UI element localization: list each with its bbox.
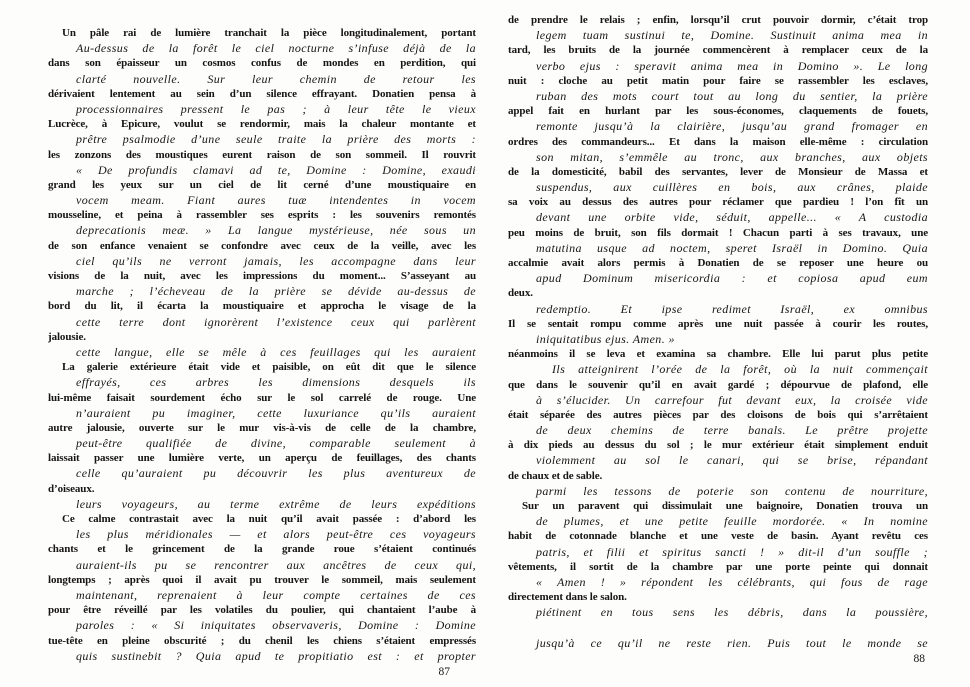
text-line-roman: visions de la nuit, avec les impressions… — [48, 269, 476, 284]
text-line-roman: accalmie avait alors permis à Donatien d… — [508, 256, 928, 271]
text-line-roman: que dans le souvenir qu’il en avait gard… — [508, 378, 928, 393]
text-line-italic: clarté nouvelle. Sur leur chemin de reto… — [48, 72, 476, 87]
text-line-roman: de la domesticité, babil des servantes, … — [508, 165, 928, 180]
page-left-text: Un pâle rai de lumière tranchait la pièc… — [48, 26, 476, 664]
text-line-italic: cette terre dont ignorèrent l’existence … — [48, 315, 476, 330]
text-line-roman: Lucrèce, à Epicure, voulut se rendormir,… — [48, 117, 476, 132]
text-line-roman: dérivaient lentement au sein d’un silenc… — [48, 87, 476, 102]
text-line-italic: paroles : « Si iniquitates observaveris,… — [48, 618, 476, 633]
text-line-italic: à s’élucider. Un carrefour fut devant eu… — [508, 393, 928, 408]
text-line-italic: verbo ejus : speravit anima mea in Domin… — [508, 59, 928, 74]
text-line-italic: n’auraient pu imaginer, cette luxuriance… — [48, 406, 476, 421]
text-line-roman: de son enfance venaient se confondre ave… — [48, 239, 476, 254]
text-line-roman: d’oiseaux. — [48, 482, 476, 497]
page-right: de prendre le relais ; enfin, lorsqu’il … — [508, 0, 928, 667]
text-line-italic: remonte jusqu’à la clairière, jusqu’au g… — [508, 119, 928, 134]
text-line-italic: « Amen ! » répondent les célébrants, qui… — [508, 575, 928, 590]
page-left: Un pâle rai de lumière tranchait la pièc… — [48, 0, 476, 680]
text-line-roman: grand les yeux sur un ciel de lit cerné … — [48, 178, 476, 193]
text-line-italic: de deux chemins de terre banals. Le prêt… — [508, 423, 928, 438]
text-line-italic: Au-dessus de la forêt le ciel nocturne s… — [48, 41, 476, 56]
text-line-roman: à dix pieds au dessus du sol ; le mur ex… — [508, 438, 928, 453]
text-line-roman: de prendre le relais ; enfin, lorsqu’il … — [508, 13, 928, 28]
text-line-roman: laissait passer une lumière verte, un ap… — [48, 451, 476, 466]
text-line-roman: peu moins de bruit, son fils dormait ! C… — [508, 226, 928, 241]
page-number: 87 — [48, 665, 476, 680]
text-line-italic: iniquitatibus ejus. Amen. » — [508, 332, 928, 347]
text-line-roman: appel fait en hurlant par les sous-écono… — [508, 104, 928, 119]
text-line-roman: Ce calme contrastait avec la nuit qu’il … — [48, 512, 476, 527]
text-line-roman: tue-tête en pleine obscurité ; du chenil… — [48, 634, 476, 649]
text-line-roman: directement dans le salon. — [508, 590, 928, 605]
text-line-italic: cette langue, elle se mêle à ces feuilla… — [48, 345, 476, 360]
text-line-italic: violemment au sol le canari, qui se bris… — [508, 453, 928, 468]
text-line-roman: dans son épaisseur un cosmos confus de m… — [48, 56, 476, 71]
text-line-italic: Ils atteignirent l’orée de la forêt, où … — [508, 362, 928, 377]
text-line-italic: legem tuam sustinui te, Domine. Sustinui… — [508, 28, 928, 43]
page-number: 88 — [508, 652, 928, 667]
text-line-roman: Il se sentait rompu comme après une nuit… — [508, 317, 928, 332]
text-line-italic: ruban des mots court tout au long du sen… — [508, 89, 928, 104]
text-line-italic: quis sustinebit ? Quia apud te propitiat… — [48, 649, 476, 664]
text-line-italic: prêtre psalmodie d’une seule traite la p… — [48, 132, 476, 147]
text-line-italic: « De profundis clamavi ad te, Domine : D… — [48, 163, 476, 178]
text-line-italic: matutina usque ad noctem, speret Israël … — [508, 241, 928, 256]
text-line-roman: néanmoins il se leva et examina sa chamb… — [508, 347, 928, 362]
text-line-italic: maintenant, reprenaient à leur compte ce… — [48, 588, 476, 603]
text-line-roman: les zonzons des moustiques eurent raison… — [48, 148, 476, 163]
text-line-roman: habit de cotonnade blanche et une veste … — [508, 529, 928, 544]
text-line-roman: ordres des commandeurs... Et dans la mai… — [508, 135, 928, 150]
text-line-roman: Un pâle rai de lumière tranchait la pièc… — [48, 26, 476, 41]
text-line-roman: tard, les bruits de la journée commencèr… — [508, 43, 928, 58]
text-line-roman: vêtements, il sortit de la chambre par u… — [508, 560, 928, 575]
text-line-italic: peut-être qualifiée de divine, comparabl… — [48, 436, 476, 451]
text-line-italic: deprecationis meæ. » La langue mystérieu… — [48, 223, 476, 238]
text-line-italic: redemptio. Et ipse redimet Israël, ex om… — [508, 302, 928, 317]
text-line-roman: La galerie extérieure était vide et pais… — [48, 360, 476, 375]
text-line-roman: était séparée des autres pièces par des … — [508, 408, 928, 423]
text-line-italic: suspendus, aux cuillères en bois, aux cr… — [508, 180, 928, 195]
text-line-roman: bord du lit, il écarta la moustiquaire e… — [48, 299, 476, 314]
text-line-italic: devant une orbite vide, séduit, appelle.… — [508, 210, 928, 225]
text-line-italic: effrayés, ces arbres les dimensions desq… — [48, 375, 476, 390]
text-line-italic: les plus méridionales — et alors peut-êt… — [48, 527, 476, 542]
text-line-roman: de chaux et de sable. — [508, 469, 928, 484]
text-line-italic: apud Dominum misericordia : et copiosa a… — [508, 271, 928, 286]
page-right-text: de prendre le relais ; enfin, lorsqu’il … — [508, 13, 928, 651]
text-line-roman: sa voix au dessus des autres pour réclam… — [508, 195, 928, 210]
text-line-roman: autre jalousie, ouverte sur le mur vis-à… — [48, 421, 476, 436]
text-line-italic: vocem meam. Fiant aures tuæ intendentes … — [48, 193, 476, 208]
text-line-roman: deux. — [508, 286, 928, 301]
text-line-roman: mousseline, et peina à rassembler ses es… — [48, 208, 476, 223]
text-line-roman: longtemps ; après quoi il avait pu trouv… — [48, 573, 476, 588]
text-line-roman: Sur un paravent qui dissimulait une baig… — [508, 499, 928, 514]
text-line-italic: celle qu’auraient pu découvrir les plus … — [48, 466, 476, 481]
text-line-italic: jusqu’à ce qu’il ne reste rien. Puis tou… — [508, 636, 928, 651]
text-line-italic: de plumes, et une petite feuille mordoré… — [508, 514, 928, 529]
text-line-roman: chants et le grincement de la grande rou… — [48, 542, 476, 557]
text-line-italic: patris, et filii et spiritus sancti ! » … — [508, 545, 928, 560]
text-line-roman: nuit : cloche au petit matin pour faire … — [508, 74, 928, 89]
text-line-italic: parmi les tessons de poterie son contenu… — [508, 484, 928, 499]
text-line-italic: auraient-ils pu se rencontrer aux ancêtr… — [48, 558, 476, 573]
text-line-italic: leurs voyageurs, au terme extrême de leu… — [48, 497, 476, 512]
text-line-italic: son mitan, s’emmêle au tronc, aux branch… — [508, 150, 928, 165]
text-line-roman: lui-même faisait sourdement écho sur le … — [48, 391, 476, 406]
text-line-roman: jalousie. — [48, 330, 476, 345]
text-line-italic: ciel qu’ils ne verront jamais, les accom… — [48, 254, 476, 269]
text-line-italic: marche ; l’écheveau de la prière se dévi… — [48, 284, 476, 299]
text-line-roman: pour être réveillé par les volatiles du … — [48, 603, 476, 618]
text-line-italic: processionnaires pressent le pas ; à leu… — [48, 102, 476, 117]
blank-line — [508, 621, 928, 636]
text-line-italic: piétinent en tous sens les débris, dans … — [508, 605, 928, 620]
